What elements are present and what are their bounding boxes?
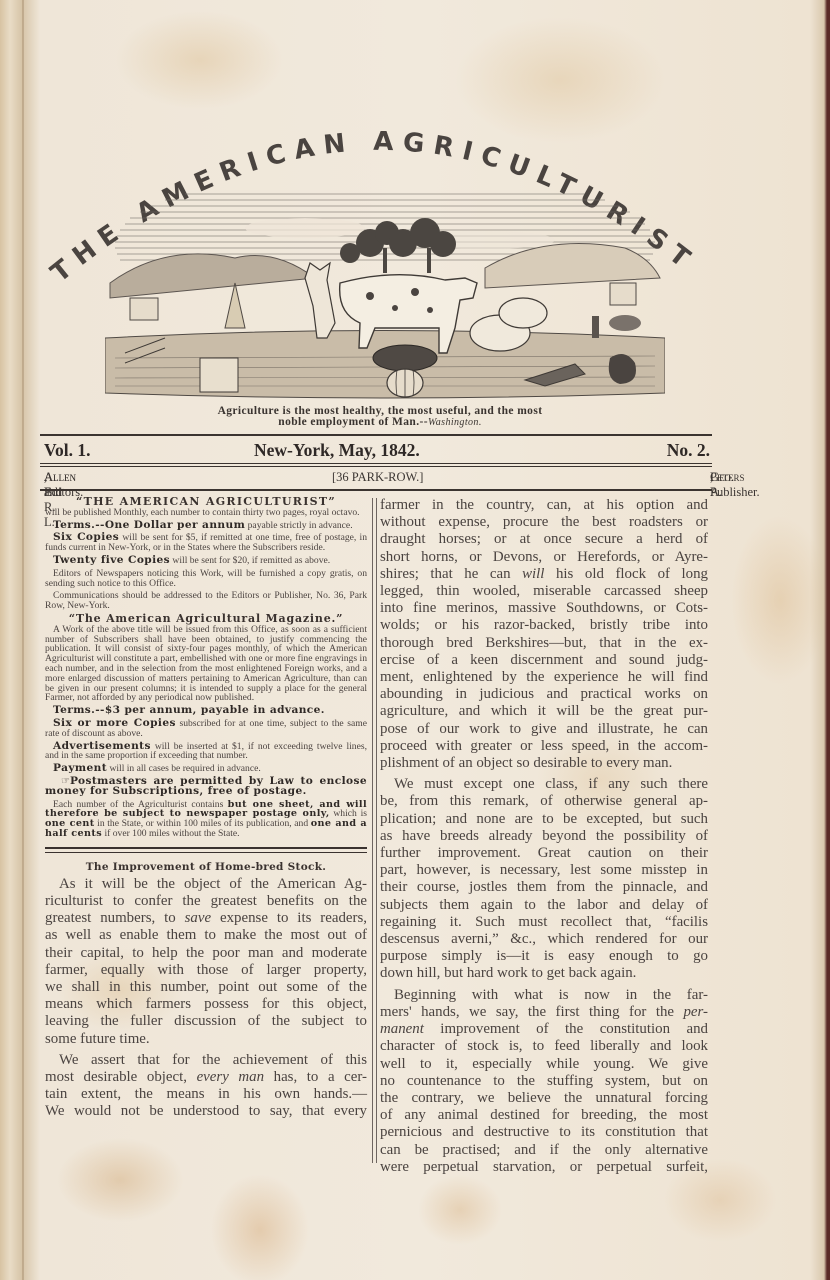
article-line: agriculture, and which it will be the gr… <box>380 703 708 720</box>
magazine-heading: “The American Agricultural Magazine.” <box>45 614 367 624</box>
article-line: no countenance to the stuffing system, b… <box>380 1073 708 1090</box>
notice-terms: Terms.--One Dollar per annum payable str… <box>45 521 367 531</box>
article-body-right: farmer in the country, can, at his optio… <box>380 497 708 1176</box>
editors-line: A. B. Allen, and R. L. Allen, Editors. [… <box>44 470 710 488</box>
article-line: their capital, to help the poor man and … <box>45 945 367 962</box>
article-line: be, from this remark, of otherwise gener… <box>380 793 708 810</box>
article-line: can be practised; and if the only altern… <box>380 1142 708 1159</box>
office-address: [36 PARK-ROW.] <box>332 470 423 485</box>
masthead-motto: Agriculture is the most healthy, the mos… <box>40 406 720 428</box>
notice-six-copies: Six Copies will be sent for $5, if remit… <box>45 533 367 553</box>
article-line: most desirable object, every man has, to… <box>45 1069 367 1086</box>
article-line: ercise of a keen discernment and sound j… <box>380 652 708 669</box>
article-line: without expense, procure the best roadst… <box>380 514 708 531</box>
article-line: thorough bred Berkshires—but, that in th… <box>380 635 708 652</box>
article-line: further improvement. Great caution on th… <box>380 845 708 862</box>
article-line: legged, thin wooled, miserable carcassed… <box>380 583 708 600</box>
header-rule-bottom <box>40 489 712 491</box>
notice-payment: Payment will in all cases be required in… <box>45 764 367 774</box>
article-line: purpose simply is—it is easy enough to g… <box>380 948 708 965</box>
magazine-copies: Six or more Copies subscribed for at one… <box>45 719 367 739</box>
article-line: part, however, is necessary, lest some m… <box>380 862 708 879</box>
notice-postage: Each number of the Agriculturist contain… <box>45 800 367 839</box>
article-line: subjects them again to the labor and del… <box>380 897 708 914</box>
article-line: as well as enable them to make the most … <box>45 927 367 944</box>
notice-communications: Communications should be addressed to th… <box>45 591 367 611</box>
masthead: THE AMERICAN AGRICULTURIST. <box>40 100 720 410</box>
article-line: tain extent, the means in his own hands.… <box>45 1086 367 1103</box>
article-line: shires; that he can will his old flock o… <box>380 566 708 583</box>
header-rule-top <box>40 434 712 436</box>
motto-line-2: noble employment of Man.--Washington. <box>40 417 720 428</box>
article-line: We assert that for the achievement of th… <box>45 1052 367 1069</box>
article-line: down hill, but hard work to get back aga… <box>380 965 708 982</box>
issue-number: No. 2. <box>667 440 710 461</box>
article-line: wolds; or his razor-backed, bristly trib… <box>380 617 708 634</box>
header-rule-mid-2 <box>40 466 712 467</box>
article-line: pose of our work to give and illustrate,… <box>380 721 708 738</box>
magazine-terms: Terms.--$3 per annum, payable in advance… <box>45 706 367 716</box>
article-line: Beginning with what is now in the far- <box>380 987 708 1004</box>
notice-advertisements: Advertisements will be inserted at $1, i… <box>45 742 367 762</box>
article-title: The Improvement of Home-bred Stock. <box>45 861 367 873</box>
article-line: draught horses; or at once secure a herd… <box>380 531 708 548</box>
article-line: We must except one class, if any such th… <box>380 776 708 793</box>
issue-line: Vol. 1. New-York, May, 1842. No. 2. <box>44 438 710 462</box>
article-line: their course, jostles them from the pinn… <box>380 879 708 896</box>
article-line: plishment of an object so desirable to e… <box>380 755 708 772</box>
article-line: We would not be understood to say, that … <box>45 1103 367 1120</box>
article-body-left: As it will be the object of the American… <box>45 876 367 1121</box>
subscription-notices: “THE AMERICAN AGRICULTURIST” will be pub… <box>45 497 367 839</box>
header-rule-mid-1 <box>40 463 712 464</box>
notice-heading: “THE AMERICAN AGRICULTURIST” <box>45 497 367 507</box>
section-divider-rule <box>45 847 367 853</box>
article-line: into fine merinos, massive Southdowns, o… <box>380 600 708 617</box>
article-line: regaining it. Such must recollect that, … <box>380 914 708 931</box>
article-line: greatest numbers, to save expense to its… <box>45 910 367 927</box>
binding-gutter <box>22 0 24 1280</box>
article-line: well to it, especially while young. We g… <box>380 1056 708 1073</box>
article-line: plication; and none are to be excepted, … <box>380 811 708 828</box>
article-line: ment, enlightened by the experience he w… <box>380 669 708 686</box>
notice-twenty-five-copies: Twenty five Copies will be sent for $20,… <box>45 556 367 566</box>
article-line: riculturist to confer the greatest benef… <box>45 893 367 910</box>
article-line: descensus averni,” &c., which rendered f… <box>380 931 708 948</box>
article-line: farmer, equally with those of larger pro… <box>45 962 367 979</box>
notice-postmasters: ☞Postmasters are permitted by Law to enc… <box>45 777 367 797</box>
right-column: farmer in the country, can, at his optio… <box>380 497 708 1176</box>
article-line: of any animal destined for breeding, the… <box>380 1107 708 1124</box>
article-line: short horns, or Devons, or Herefords, or… <box>380 549 708 566</box>
notice-editors: Editors of Newspapers noticing this Work… <box>45 569 367 589</box>
magazine-description: A Work of the above title will be issued… <box>45 625 367 703</box>
article-line: proceed with greater or less speed, in t… <box>380 738 708 755</box>
article-line: leaving the fuller discussion of the sub… <box>45 1013 367 1030</box>
article-line: means which farmers possess for this obj… <box>45 996 367 1013</box>
notice-publication: will be published Monthly, each number t… <box>45 508 367 518</box>
article-line: the contrary, we believe the unnatural f… <box>380 1090 708 1107</box>
left-column: “THE AMERICAN AGRICULTURIST” will be pub… <box>45 497 367 1121</box>
article-line: abounding in judicious and practical wor… <box>380 686 708 703</box>
article-line: pernicious and destructive to its consti… <box>380 1124 708 1141</box>
article-line: we shall in this number, point out some … <box>45 979 367 996</box>
engraving-illustration <box>105 188 665 403</box>
article-line: farmer in the country, can, at his optio… <box>380 497 708 514</box>
article-line: as have breeds already beyond the possib… <box>380 828 708 845</box>
article-line: character of stock is, to feed liberally… <box>380 1038 708 1055</box>
article-line: mers' hands, we say, the first thing for… <box>380 1004 708 1021</box>
volume-number: Vol. 1. <box>44 440 91 461</box>
article-line: were perpetual starvation, or perpetual … <box>380 1159 708 1176</box>
article-line: some future time. <box>45 1031 367 1048</box>
article-line: As it will be the object of the American… <box>45 876 367 893</box>
article-line: manent improvement of the constitution a… <box>380 1021 708 1038</box>
motto-attribution: Washington. <box>428 417 482 428</box>
column-divider <box>372 498 377 1163</box>
place-date: New-York, May, 1842. <box>254 440 420 461</box>
